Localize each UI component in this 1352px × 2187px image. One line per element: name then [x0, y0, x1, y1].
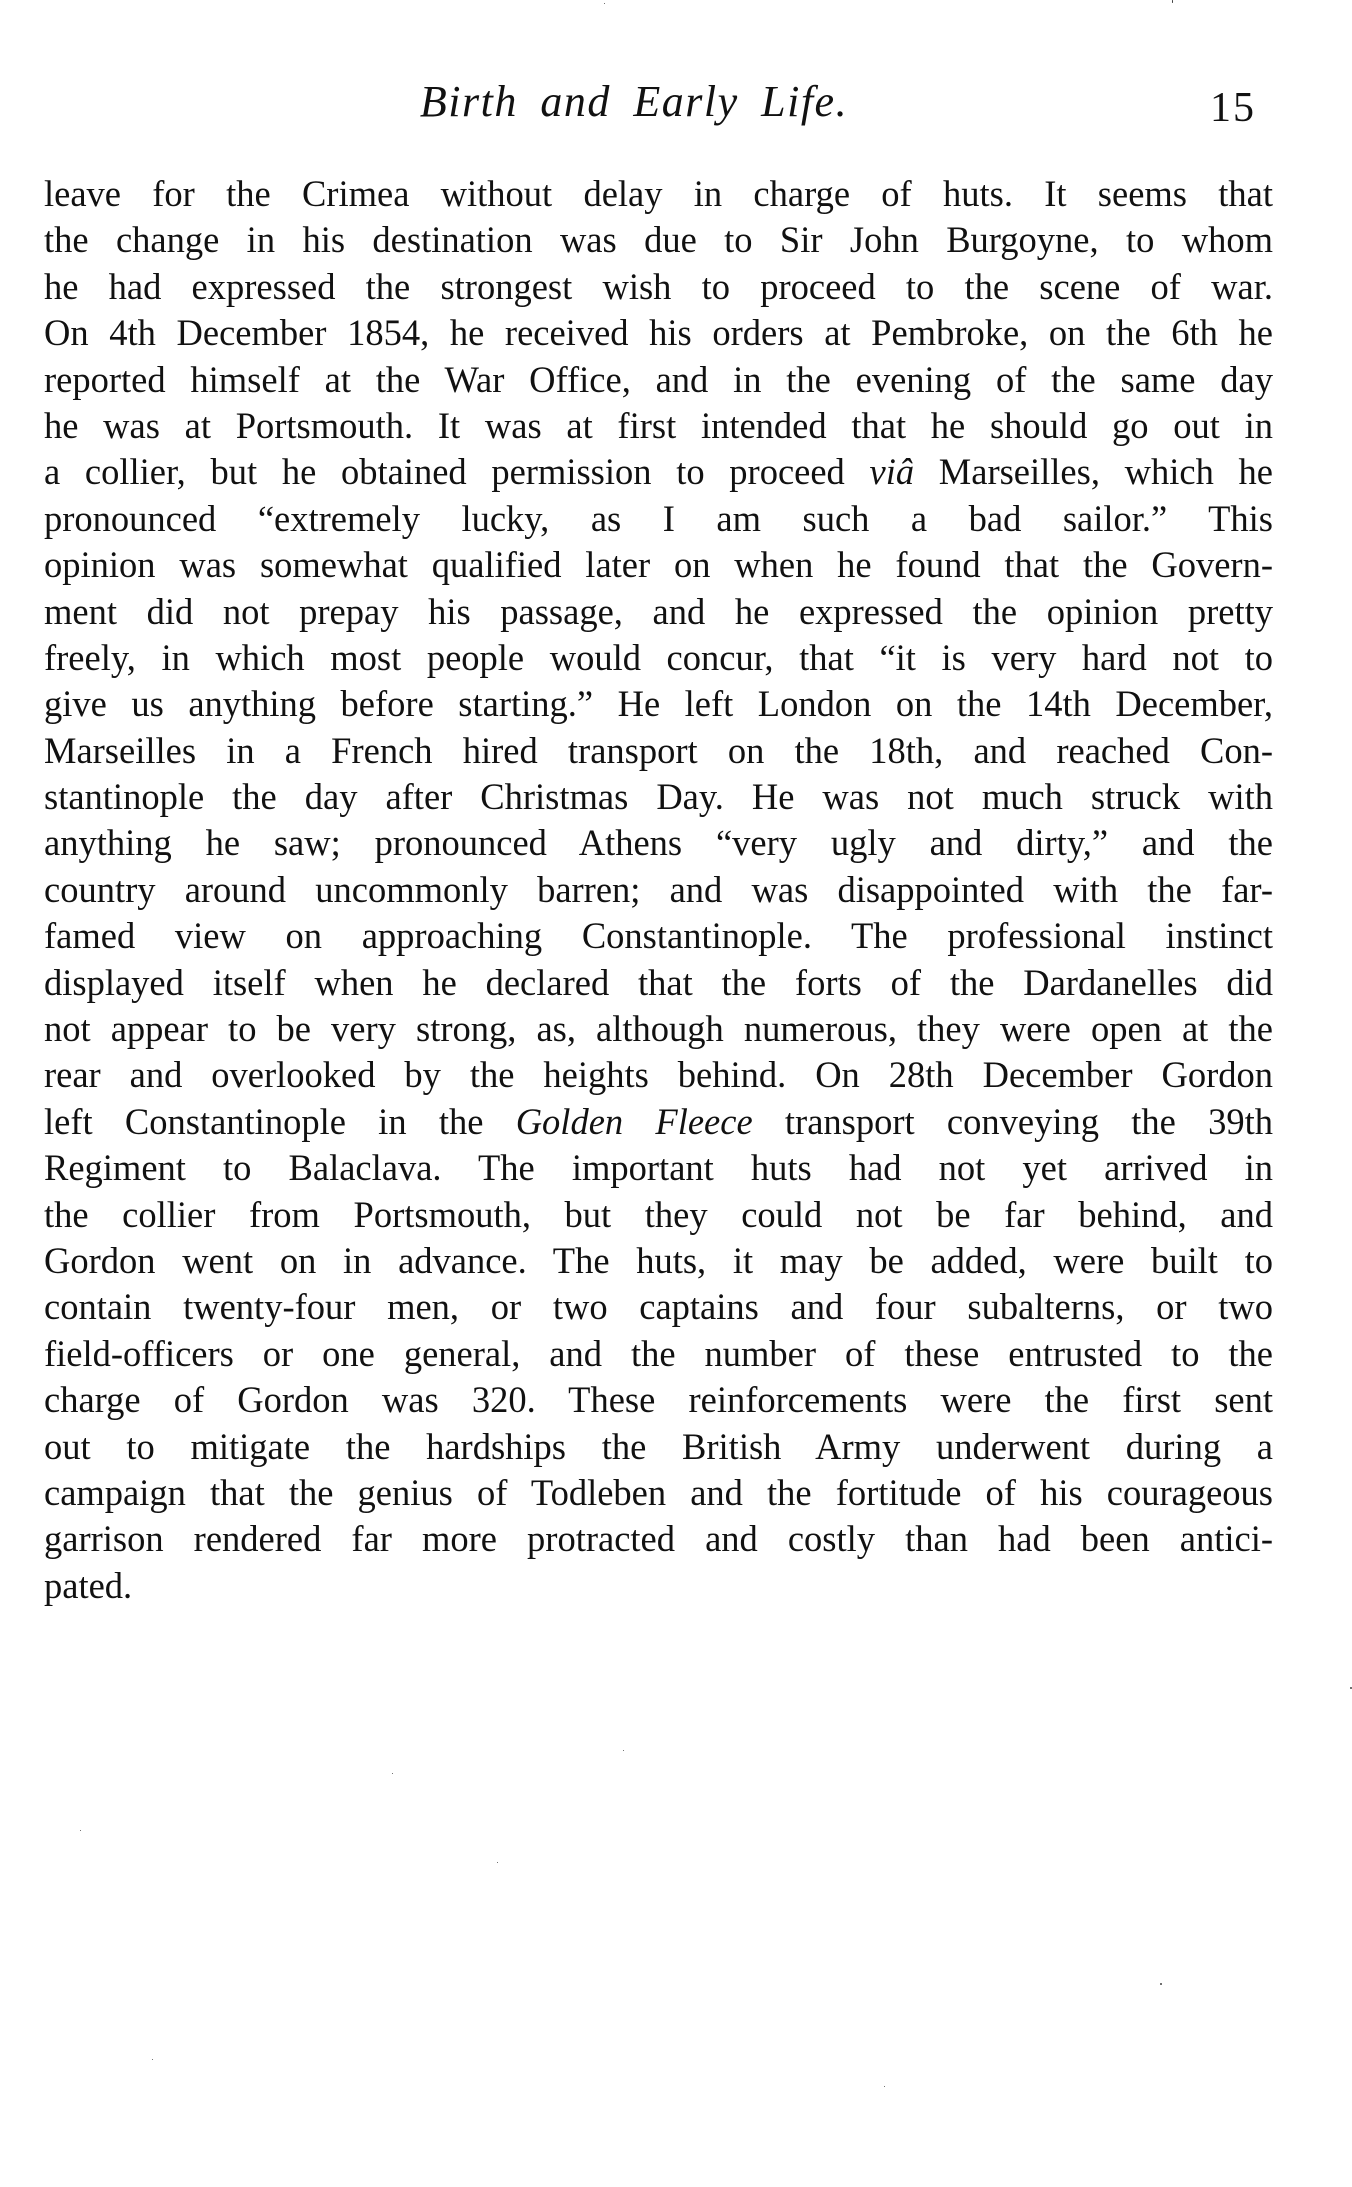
text-line-last: pated.	[44, 1563, 1273, 1609]
running-title: Birth and Early Life.	[398, 74, 870, 130]
ship-name: Golden Fleece	[516, 1101, 753, 1142]
text-line: leave for the Crimea without delay in ch…	[44, 171, 1273, 217]
scan-speck	[80, 1830, 81, 1831]
text-line: he was at Portsmouth. It was at first in…	[44, 403, 1273, 449]
text-line: Regiment to Balaclava. The important hut…	[44, 1145, 1273, 1191]
text-line: famed view on approaching Constantinople…	[44, 913, 1273, 959]
text-line: not appear to be very strong, as, althou…	[44, 1006, 1273, 1052]
text-line: campaign that the genius of Todleben and…	[44, 1470, 1273, 1516]
text-line: garrison rendered far more protracted an…	[44, 1516, 1273, 1562]
scan-speck	[1160, 1983, 1162, 1985]
scan-speck	[884, 2086, 885, 2087]
text-line: rear and overlooked by the heights behin…	[44, 1052, 1273, 1098]
text-line: charge of Gordon was 320. These reinforc…	[44, 1377, 1273, 1423]
scan-speck	[1172, 0, 1173, 3]
italic-term: viâ	[870, 451, 915, 492]
text-line: a collier, but he obtained permission to…	[44, 449, 1273, 495]
scan-speck	[152, 2059, 153, 2060]
text-line: stantinople the day after Christmas Day.…	[44, 774, 1273, 820]
text-line: contain twenty-four men, or two captains…	[44, 1284, 1273, 1330]
text-line: left Constantinople in the Golden Fleece…	[44, 1099, 1273, 1145]
text-line: anything he saw; pronounced Athens “very…	[44, 820, 1273, 866]
text-line: out to mitigate the hardships the Britis…	[44, 1424, 1273, 1470]
text-line: displayed itself when he declared that t…	[44, 960, 1273, 1006]
text-line: pronounced “extremely lucky, as I am suc…	[44, 496, 1273, 542]
scan-speck	[604, 3, 605, 4]
text-line: freely, in which most people would concu…	[44, 635, 1273, 681]
text-line: the change in his destination was due to…	[44, 217, 1273, 263]
scan-speck	[392, 1773, 393, 1774]
text-line: reported himself at the War Office, and …	[44, 357, 1273, 403]
text-line: country around uncommonly barren; and wa…	[44, 867, 1273, 913]
text-line: On 4th December 1854, he received his or…	[44, 310, 1273, 356]
text-line: he had expressed the strongest wish to p…	[44, 264, 1273, 310]
text-line: the collier from Portsmouth, but they co…	[44, 1192, 1273, 1238]
text-line: give us anything before starting.” He le…	[44, 681, 1273, 727]
running-head: Birth and Early Life. 15	[0, 68, 1352, 132]
text-line: field-officers or one general, and the n…	[44, 1331, 1273, 1377]
book-page: Birth and Early Life. 15 leave for the C…	[0, 0, 1352, 2187]
text-line: ment did not prepay his passage, and he …	[44, 589, 1273, 635]
text-line: Gordon went on in advance. The huts, it …	[44, 1238, 1273, 1284]
scan-speck	[623, 1750, 624, 1751]
text-line: Marseilles in a French hired transport o…	[44, 728, 1273, 774]
text-line: opinion was somewhat qualified later on …	[44, 542, 1273, 588]
body-paragraph: leave for the Crimea without delay in ch…	[44, 171, 1273, 1609]
page-number: 15	[1210, 80, 1260, 136]
scan-speck	[497, 1862, 498, 1863]
